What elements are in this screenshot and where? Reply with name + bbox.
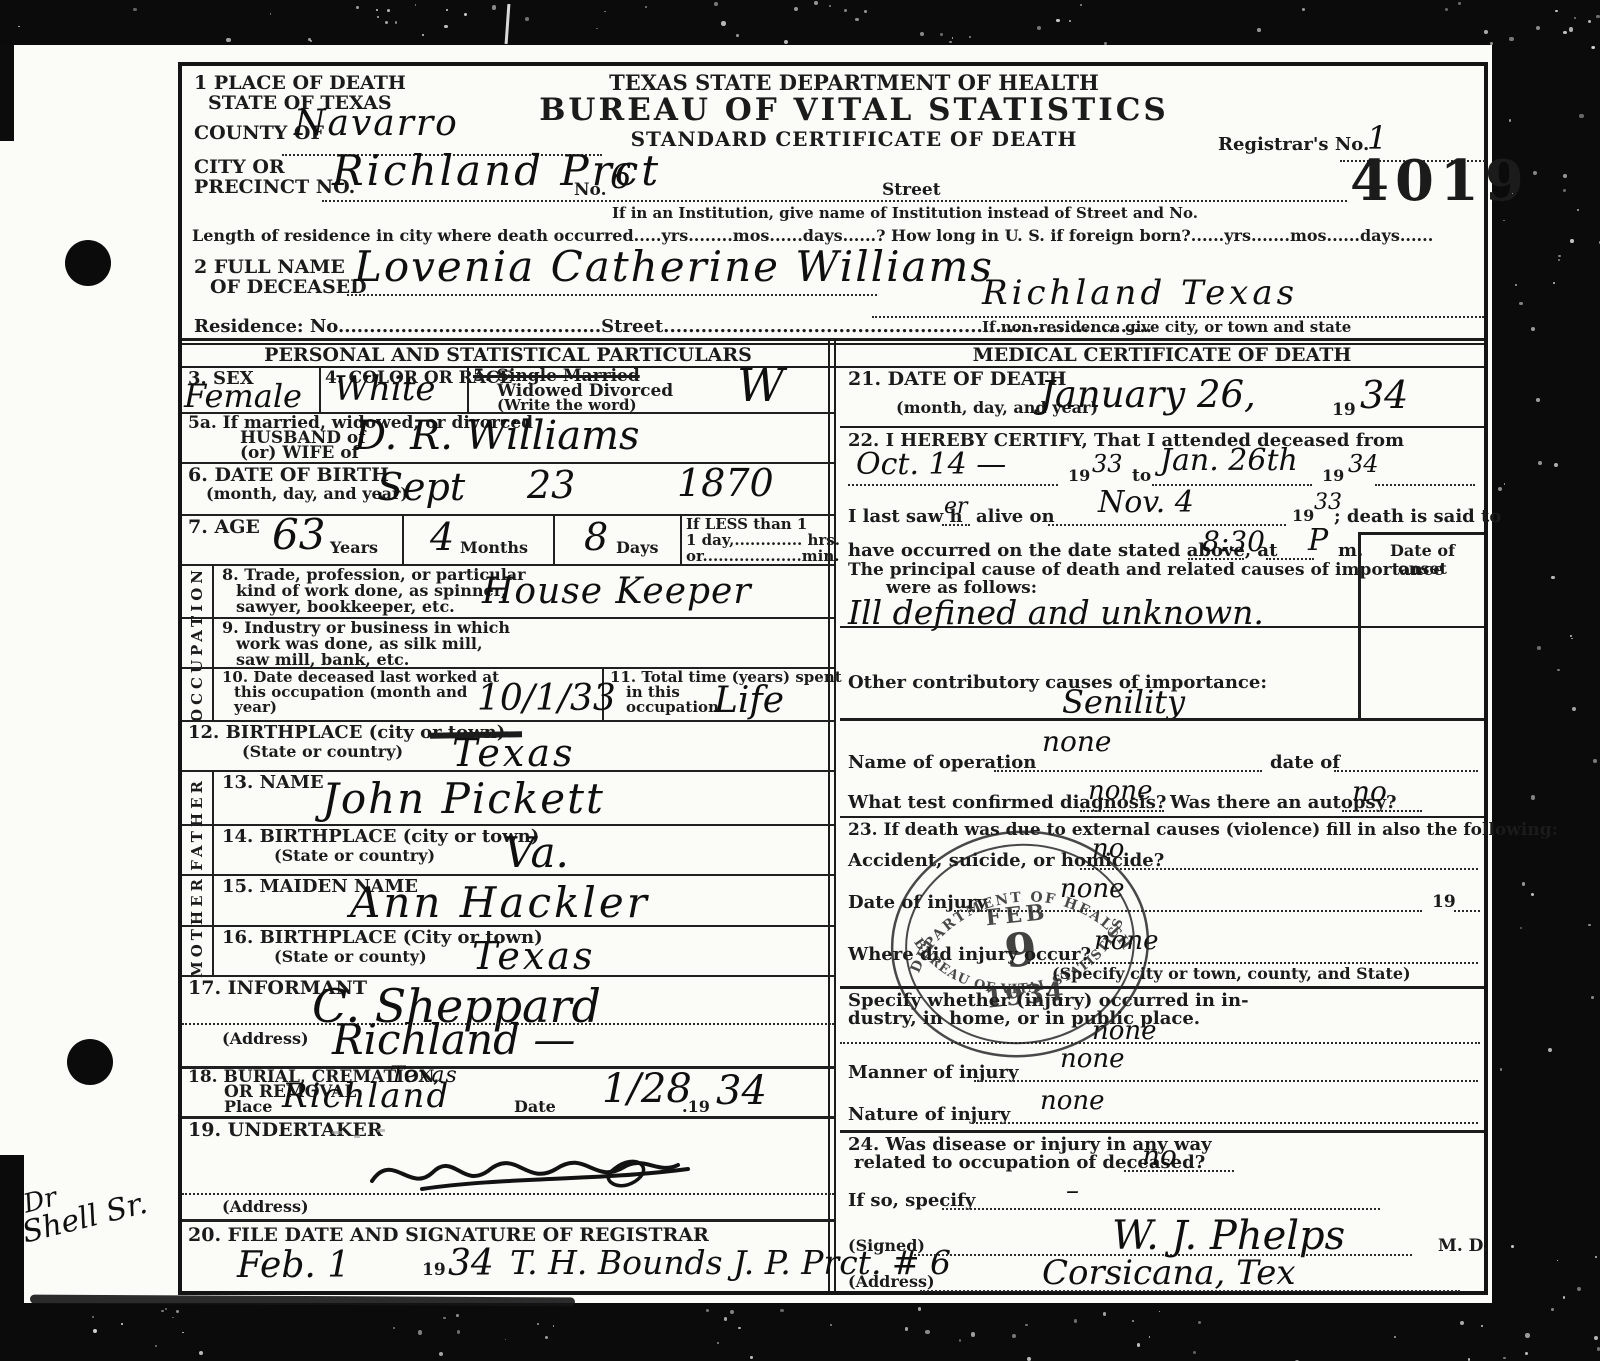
age-label: 7. AGE [188,518,260,538]
dod-year-printed: 19 [1332,402,1356,420]
film-speck [864,10,867,13]
occurred-ampm-value: P [1308,526,1328,556]
film-speck [959,1339,961,1341]
film-speck [1498,487,1502,491]
film-speck [1536,398,1540,402]
certificate-number-stamp: 4019 [1350,152,1530,211]
film-speck [969,36,971,38]
film-speck [1594,1336,1598,1340]
film-speck [714,2,718,6]
film-speck [553,1325,555,1327]
film-speck [446,9,448,11]
street-label: Street [882,182,941,200]
film-speck [1198,1321,1201,1324]
last-saw-value: Nov. 4 [1098,488,1194,518]
film-speck [949,41,952,44]
film-speck [1554,463,1558,467]
column-divider [834,338,836,1291]
film-speck [750,1356,752,1358]
injury-year-printed: 19 [1432,894,1456,912]
film-speck [1104,42,1107,45]
film-speck [1588,20,1591,23]
medical-certificate-column: 21. DATE OF DEATH (month, day, and year)… [840,366,1484,1291]
film-speck [738,1327,740,1329]
film-speck [377,16,379,18]
row-father-name: 13. NAME John Pickett [182,772,834,826]
film-speck [1557,669,1559,671]
film-speck [393,1327,395,1329]
dotted-line [972,1122,1478,1124]
film-speck [415,4,417,6]
film-speck [161,1310,164,1313]
film-speck [439,1352,443,1356]
industry-label3: saw mill, bank, etc. [236,652,409,669]
pencil-mark [354,1135,360,1138]
dotted-line [942,524,970,526]
operation-value: none [1042,728,1112,756]
dotted-line [1342,810,1422,812]
film-speck [456,1314,459,1317]
film-speck [1531,795,1535,799]
registrar-year-printed: 19 [422,1262,446,1280]
marital-note: (Write the word) [497,398,637,414]
occupation-related-value: no [1142,1142,1177,1170]
film-speck [176,1310,180,1314]
total-time-value: Life [714,683,784,719]
age-months-label: Months [460,540,528,557]
film-speck [1468,1358,1471,1361]
row-sex-race-marital: 3. SEX Female 4. COLOR OR RACE White 5. … [182,368,834,414]
film-speck [1504,483,1506,485]
husband-label3: (or) WIFE of [240,445,359,463]
registrar-year-value: 34 [448,1246,494,1282]
father-name-value: John Pickett [322,778,605,820]
film-speck [1515,284,1517,286]
hole-punch [67,1039,113,1085]
dotted-line [942,1208,1380,1210]
to-year-printed: 19 [1322,468,1344,485]
film-speck [1159,1311,1161,1313]
date-of-onset-box: Date of onset [1358,532,1484,720]
age-months-value: 4 [430,518,454,556]
film-speck [165,1308,168,1311]
film-speck [1563,174,1567,178]
film-speck [1012,1334,1016,1338]
film-speck [1149,1336,1151,1338]
film-speck [199,1351,203,1355]
film-speck [1569,27,1573,31]
pencil-mark [377,1129,385,1132]
operation-date-label: date of [1270,754,1340,773]
burial-place-label: Place [224,1099,272,1116]
row-informant: 17. INFORMANT C. Sheppard (Address) Rich… [182,977,834,1069]
injury-nature-value: none [1040,1088,1105,1114]
row-mother-name: 15. MAIDEN NAME Ann Hackler [182,876,834,927]
film-speck [418,1330,422,1334]
film-speck [1577,209,1579,211]
deceased-name-value: Lovenia Catherine Williams [354,246,994,288]
age-years-label: Years [330,540,378,557]
dotted-line [347,294,877,296]
film-speck [1570,635,1572,637]
film-speck [645,6,647,8]
row-date-of-birth: 6. DATE OF BIRTH (month, day, and year) … [182,464,834,516]
film-speck [1571,638,1573,640]
film-speck [1056,19,1060,23]
film-speck [457,1330,460,1333]
marital-value: W [737,362,784,408]
film-speck [1557,1260,1559,1262]
film-speck [1458,2,1461,5]
film-speck [1577,1287,1581,1291]
total-time-label3: occupation [626,700,719,716]
film-speck [1509,37,1513,41]
row-undertaker: 19. UNDERTAKER (Address) [182,1119,834,1222]
stamp-day: 9 [1002,921,1039,978]
row-registrar: 20. FILE DATE AND SIGNATURE OF REGISTRAR… [182,1222,834,1291]
film-speck [1484,30,1488,34]
row-husband: 5a. If married, widowed, or divorced HUS… [182,414,834,464]
film-speck [952,37,954,39]
physician-signature: W. J. Phelps [1112,1216,1345,1256]
film-speck [1525,1333,1529,1337]
dob-day-value: 23 [527,466,575,504]
film-speck [1520,927,1522,929]
film-speck [1591,996,1594,999]
row-age: 7. AGE 63 Years 4 Months 8 Days If LESS … [182,516,834,566]
race-value: White [334,372,436,406]
row-mother-birthplace: 16. BIRTHPLACE (City or town) (State or … [182,927,834,977]
last-saw-label3: ; death is said to [1334,508,1501,527]
autopsy-value: no [1352,778,1387,806]
contributory-value: Senility [1062,686,1185,718]
film-speck [356,6,359,9]
film-speck [1302,8,1305,11]
dotted-line [974,1080,1478,1082]
film-speck [1531,893,1534,896]
film-speck [492,5,496,9]
certificate-form: 1 PLACE OF DEATH STATE OF TEXAS TEXAS ST… [178,62,1488,1295]
film-speck [1132,1320,1134,1322]
full-name-label1: 2 FULL NAME [194,258,345,278]
film-speck [93,1329,97,1333]
city-or-label: CITY OR [194,158,285,178]
age-less-label3: or...................min. [686,549,839,565]
attended-to-value: Jan. 26th [1160,446,1298,476]
film-speck [829,5,831,7]
right-section-title: MEDICAL CERTIFICATE OF DEATH [840,346,1484,366]
birthplace-sublabel: (State or country) [242,744,403,761]
film-speck [545,1336,548,1339]
film-speck [1537,646,1541,650]
row-birthplace: 12. BIRTHPLACE (city or town) (State or … [182,722,834,772]
film-speck [1572,707,1576,711]
last-worked-value: 10/1/33 [477,681,616,717]
sex-value: Female [184,380,302,412]
film-speck [182,1332,184,1334]
film-speck [1595,1256,1597,1258]
scanned-death-certificate: Dr Shell Sr. 1 PLACE OF DEATH STATE OF T… [0,0,1600,1361]
film-speck [830,1324,832,1326]
dod-year-value: 34 [1360,376,1408,414]
film-speck [1503,220,1505,222]
film-speck [1103,1312,1106,1315]
place-of-death-label: 1 PLACE OF DEATH [194,74,406,94]
film-speck [1509,119,1512,122]
father-name-label: 13. NAME [222,774,324,793]
nonresidence-value: Richland Texas [982,276,1298,310]
county-value: Navarro [294,106,459,142]
film-speck [814,1,818,5]
film-speck [376,9,378,11]
film-speck [794,7,798,11]
cell-divider [402,516,404,564]
hole-punch [65,240,111,286]
row-last-worked: 10. Date deceased last worked at this oc… [182,669,834,722]
film-speck [1579,114,1583,118]
contributory-label: Other contributory causes of importance: [848,674,1267,693]
film-speck [1074,1319,1077,1322]
if-so-mark: – [1066,1178,1079,1204]
dotted-line [1334,770,1478,772]
father-birthplace-sublabel: (State or country) [274,848,435,865]
dotted-line [1375,484,1475,486]
film-speck [1481,1325,1483,1327]
rule [840,816,1484,818]
film-speck [1037,26,1041,30]
film-speck [1069,20,1071,22]
film-speck [1394,1336,1396,1338]
burial-date-value: 1/28 [602,1069,692,1109]
principal-cause-value: Ill defined and unknown. [848,596,1264,629]
film-speck [1551,576,1555,580]
dotted-line [994,770,1262,772]
dob-year-value: 1870 [677,464,774,502]
trade-label3: sawyer, bookkeeper, etc. [236,599,455,616]
signed-label: (Signed) [848,1238,925,1255]
film-speck [121,1323,123,1325]
dob-label: 6. DATE OF BIRTH [188,466,389,486]
rule [840,426,1484,428]
film-speck [1555,10,1558,13]
film-speck [1522,882,1525,885]
film-speck [1592,46,1595,49]
film-speck [422,34,424,36]
cell-divider [680,516,682,564]
film-speck [855,18,859,22]
age-years-value: 63 [272,514,325,556]
heavy-rule [840,1130,1484,1133]
scan-edge-artifact [0,1155,24,1303]
full-name-label2: OF DECEASED [210,278,367,298]
film-speck [1193,1351,1196,1354]
film-speck [1445,8,1448,11]
film-speck [1558,259,1560,261]
film-speck [443,1317,445,1319]
film-speck [1490,42,1493,45]
film-speck [721,21,725,25]
film-speck [780,1309,784,1313]
to-year-value: 34 [1348,452,1379,476]
mother-birthplace-sublabel: (State or county) [274,949,427,966]
film-speck [1525,1352,1528,1355]
informant-address-value: Richland — [332,1019,575,1061]
received-stamp: DEPARTMENT OF HEALTH BUREAU OF VITAL STA… [867,800,1173,1088]
film-speck [596,28,598,30]
film-speck [905,1327,908,1330]
film-speck [1563,31,1566,34]
dob-month-value: Sept [377,468,465,506]
film-speck [1558,255,1560,257]
occurred-time-value: 8:30 [1202,528,1265,556]
father-birthplace-label: 14. BIRTHPLACE (city or town) [222,828,539,847]
film-speck [940,33,943,36]
film-speck [736,34,739,37]
film-speck [1570,239,1574,243]
film-speck [385,21,389,25]
onset-label2: onset [1361,561,1484,578]
film-speck [395,21,398,24]
film-speck [1500,1068,1503,1071]
film-speck [1563,1296,1566,1299]
film-speck [604,11,606,13]
film-speck [172,1317,174,1319]
film-speck [1027,1357,1031,1361]
from-year-printed: 19 [1068,468,1090,485]
informant-address-label: (Address) [222,1031,309,1048]
film-speck [387,9,390,12]
onset-label1: Date of [1361,543,1484,560]
film-speck [724,1317,727,1320]
film-speck [505,1339,507,1341]
from-year-value: 33 [1092,452,1123,476]
film-speck [971,1332,975,1336]
film-speck [1596,15,1600,19]
last-saw-fill: er [944,496,968,518]
film-speck [730,1310,734,1314]
film-speck [464,13,467,16]
row-industry: 9. Industry or business in which work wa… [182,619,834,669]
date-of-death-label: 21. DATE OF DEATH [848,370,1067,390]
trade-value: House Keeper [482,574,752,610]
film-speck [706,1309,709,1312]
film-speck [1551,1308,1554,1311]
age-days-label: Days [616,540,659,557]
dotted-line [1124,1170,1234,1172]
film-speck [918,1307,922,1311]
film-speck [784,40,788,44]
film-speck [1588,924,1590,926]
precinct-number-value: 6 [610,160,632,194]
undertaker-address-label: (Address) [222,1199,309,1216]
row-burial: 18. BURIAL, CREMATION, OR REMOVAL Place … [182,1069,834,1119]
burial-place-state-value: Texas [390,1065,458,1087]
no-label: No. [574,182,607,200]
film-speck [1536,26,1540,30]
last-worked-label3: year) [234,700,277,716]
film-speck [1593,759,1597,763]
film-speck [1257,28,1261,32]
residence-line: Residence: No...........................… [194,318,1152,337]
film-speck [308,38,311,41]
film-speck [226,38,230,42]
mother-name-value: Ann Hackler [350,882,650,924]
md-label: M. D. [1438,1238,1489,1256]
film-speck [1574,17,1576,19]
film-speck [155,1345,157,1347]
dotted-line [322,200,1347,202]
to-label: to [1132,468,1151,486]
film-speck [1538,461,1542,465]
heavy-rule [840,718,1484,721]
film-speck [1460,1321,1464,1325]
film-speck [717,1342,719,1344]
burial-date-label: Date [514,1099,556,1116]
film-speck [525,17,529,21]
dotted-line [1454,910,1480,912]
film-speck [1503,1357,1506,1360]
film-speck [444,25,447,28]
bureau-title: BUREAU OF VITAL STATISTICS [504,94,1204,127]
double-rule-top [182,338,1484,341]
pencil-mark [332,1131,342,1134]
film-speck [270,13,272,15]
burial-year-printed: .19 [682,1099,710,1116]
film-speck [1533,171,1537,175]
scan-smear [30,1295,575,1307]
film-speck [1511,1245,1514,1248]
film-speck [1563,189,1566,192]
film-speck [1519,302,1522,305]
age-days-value: 8 [584,518,608,556]
film-speck [133,8,136,11]
date-of-death-value: January 26, [1040,376,1256,413]
registrar-file-date: Feb. 1 [237,1248,350,1284]
scan-scratch [505,4,511,44]
row-father-birthplace: 14. BIRTHPLACE (city or town) (State or … [182,826,834,876]
row-trade: 8. Trade, profession, or particular kind… [182,566,834,619]
burial-year-value: 34 [716,1071,767,1111]
film-speck [1553,282,1555,284]
film-speck [1025,1324,1027,1326]
registrar-no-label: Registrar's No. [1218,136,1369,155]
film-speck [1548,1048,1552,1052]
film-speck [92,1316,95,1319]
film-speck [844,9,847,12]
physician-address-label: (Address) [848,1274,935,1291]
dotted-line [848,484,1058,486]
film-speck [18,26,20,28]
birthplace-value: Texas [452,734,575,772]
physician-address-value: Corsicana, Tex [1042,1256,1296,1290]
cell-divider [553,516,555,564]
film-speck [1531,327,1535,331]
mother-birthplace-value: Texas [472,937,595,975]
film-speck [537,1323,539,1325]
scan-edge-artifact [0,45,14,141]
father-birthplace-value: Va. [504,832,569,874]
last-saw-label2: alive on [976,508,1055,527]
attended-from-value: Oct. 14 — [856,450,1006,480]
cell-divider [319,368,321,412]
film-speck [1137,1343,1140,1346]
department-title: TEXAS STATE DEPARTMENT OF HEALTH [504,72,1204,94]
dotted-line [182,1193,834,1195]
institution-note: If in an Institution, give name of Insti… [612,206,1198,222]
husband-value: D. R. Williams [354,416,640,456]
film-speck [920,32,924,36]
film-speck [925,1330,929,1334]
